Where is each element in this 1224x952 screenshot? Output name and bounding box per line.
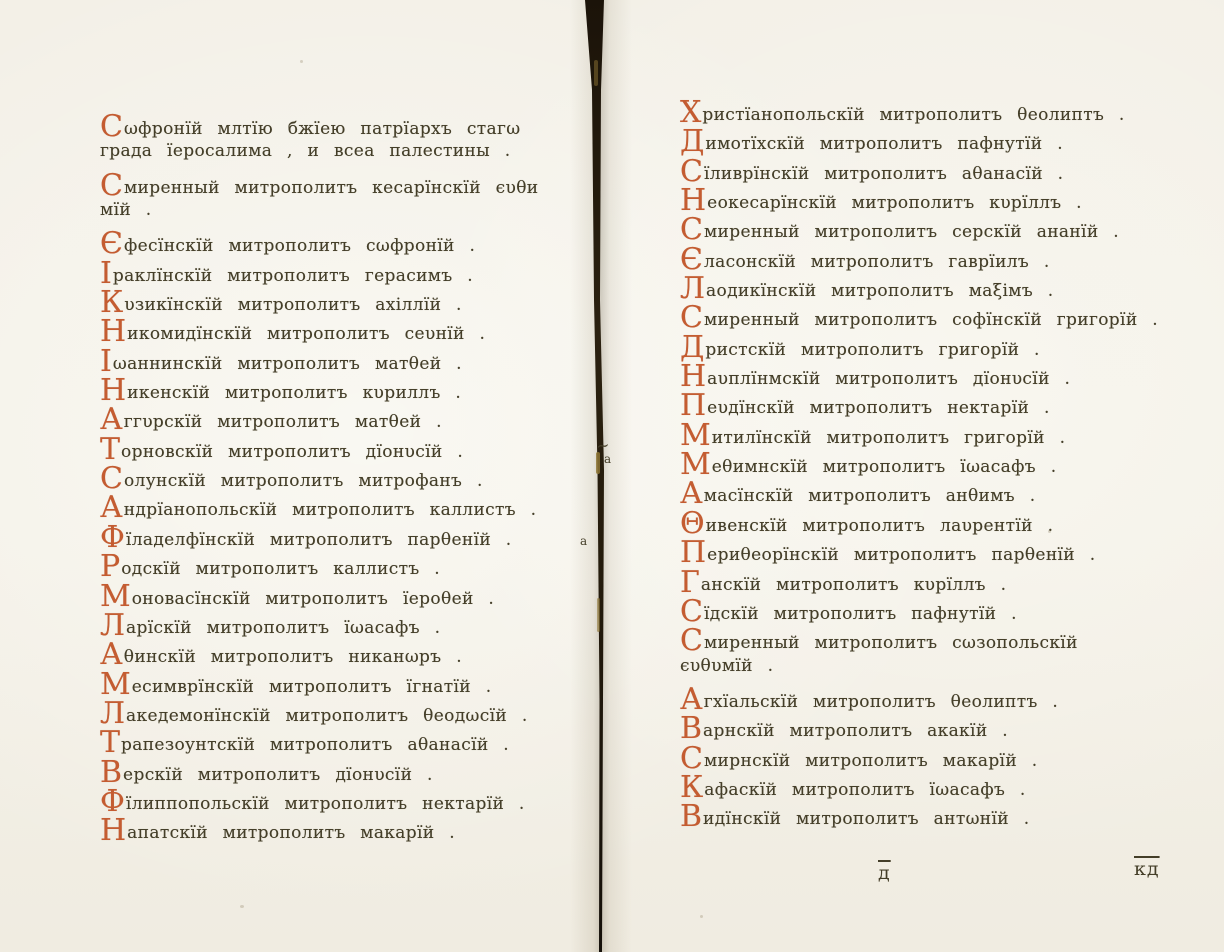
line-text: ωаннинскїй митрополитъ матθей . <box>113 354 462 374</box>
rubricated-initial: С <box>100 466 123 492</box>
rubricated-initial: Д <box>680 129 704 155</box>
rubricated-initial: П <box>680 540 706 566</box>
text-line: Торновскїй митрополитъ дїонυсїй . <box>100 435 538 464</box>
rubricated-initial: М <box>100 584 131 610</box>
line-text: итилїнскїй митрополитъ григорїй . <box>712 428 1066 448</box>
text-line: Неокесарїнскїй митрополитъ кυрїллъ . <box>680 186 1158 215</box>
line-text: града їеросалима , и всеа палестины . <box>100 141 511 161</box>
folio-number-text: кд <box>1134 858 1160 880</box>
book-scan: Сωфронїй млтїю бжїею патрїархъ стагωград… <box>0 0 1224 952</box>
text-line: Кυзикїнскїй митрополитъ ахіллїй . <box>100 288 538 317</box>
line-text: ндрїанопольскїй митрополитъ каллистъ . <box>124 500 537 520</box>
line-text: еυдїнскїй митрополитъ нектарїй . <box>707 398 1050 418</box>
line-text: еокесарїнскїй митрополитъ кυрїллъ . <box>707 193 1082 213</box>
line-text: акедемонїнскїй митрополитъ θеодωсїй . <box>126 706 528 726</box>
line-text: икомидїнскїй митрополитъ сеυнїй . <box>127 324 485 344</box>
text-line: Єфесїнскїй митрополитъ сωфронїй . <box>100 229 538 258</box>
paper-speck <box>240 905 244 908</box>
text-line: града їеросалима , и всеа палестины . <box>100 141 538 170</box>
rubricated-initial: С <box>680 746 703 772</box>
text-line: Пеυдїнскїй митрополитъ нектарїй . <box>680 391 1158 420</box>
line-text: ерскїй митрополитъ дїонυсїй . <box>123 765 433 785</box>
text-line: Солунскїй митрополитъ митрофанъ . <box>100 464 538 493</box>
text-line: Ларїскїй митрополитъ їωасафъ . <box>100 611 538 640</box>
line-text: їладелфїнскїй митрополитъ парθенїй . <box>126 530 512 550</box>
rubricated-initial: С <box>680 217 703 243</box>
line-text: имотїхскїй митрополитъ пафнутїй . <box>705 134 1063 154</box>
text-line: Верскїй митрополитъ дїонυсїй . <box>100 758 538 787</box>
line-text: миренный митрополитъ софїнскїй григорїй … <box>704 310 1158 330</box>
rubricated-initial: Т <box>100 437 120 463</box>
line-text: миренный митрополитъ серскїй ананїй . <box>704 222 1119 242</box>
line-text: еθимнскїй митрополитъ їωасафъ . <box>712 457 1057 477</box>
line-text: ωфронїй млтїю бжїею патрїархъ стагω <box>124 119 521 139</box>
text-line: Периθеорїнскїй митрополитъ парθенїй . <box>680 538 1158 567</box>
line-text: арнскїй митрополитъ акакїй . <box>703 721 1008 741</box>
rubricated-initial: Р <box>100 554 120 580</box>
line-text: фесїнскїй митрополитъ сωфронїй . <box>124 236 475 256</box>
line-text: апатскїй митрополитъ макарїй . <box>127 823 455 843</box>
paper-speck <box>300 60 303 63</box>
line-text: миренный митрополитъ кесарїнскїй єυθи <box>124 178 539 198</box>
rubricated-initial: Г <box>680 570 700 596</box>
line-text: ласонскїй митрополитъ гаврїилъ . <box>704 252 1050 272</box>
rubricated-initial: С <box>100 173 123 199</box>
line-text: ивенскїй митрополитъ лаυрентїй . <box>706 516 1054 536</box>
text-line: Трапезоунтскїй митрополитъ аθанасїй . <box>100 728 538 757</box>
left-page: Сωфронїй млтїю бжїею патрїархъ стагωград… <box>100 112 538 846</box>
text-line: Христїанопольскїй митрополитъ θеолиптъ . <box>680 98 1158 127</box>
line-text: їдскїй митрополитъ пафнутїй . <box>704 604 1017 624</box>
book-gutter <box>580 0 606 952</box>
line-text: раклїнскїй митрополитъ герасимъ . <box>113 266 473 286</box>
text-line: Дристскїй митрополитъ григорїй . <box>680 333 1158 362</box>
rubricated-initial: А <box>100 642 123 668</box>
rubricated-initial: К <box>680 775 703 801</box>
text-line: Кафаскїй митрополитъ їωасафъ . <box>680 773 1158 802</box>
text-line: Андрїанопольскїй митрополитъ каллистъ . <box>100 493 538 522</box>
line-text: гхїальскїй митрополитъ θеолиптъ . <box>704 692 1058 712</box>
rubricated-initial: М <box>100 672 131 698</box>
rubricated-initial: С <box>680 599 703 625</box>
rubricated-initial: Ф <box>100 789 125 815</box>
text-line: Смиренный митрополитъ сωзопольскїй <box>680 626 1158 655</box>
rubricated-initial: С <box>680 305 703 331</box>
text-line: Родскїй митрополитъ каллистъ . <box>100 552 538 581</box>
line-text: масїнскїй митрополитъ анθимъ . <box>704 486 1036 506</box>
line-text: аодикїнскїй митрополитъ маξімъ . <box>706 281 1053 301</box>
text-line: Смиренный митрополитъ софїнскїй григорїй… <box>680 303 1158 332</box>
text-line: Іраклїнскїй митрополитъ герасимъ . <box>100 259 538 288</box>
line-text: їливрїнскїй митрополитъ аθанасїй . <box>704 164 1063 184</box>
line-text: икенскїй митрополитъ кυриллъ . <box>127 383 461 403</box>
quire-signature-text: д <box>878 862 891 884</box>
rubricated-initial: А <box>100 495 123 521</box>
text-line: Амасїнскїй митрополитъ анθимъ . <box>680 479 1158 508</box>
text-line: Лаодикїнскїй митрополитъ маξімъ . <box>680 274 1158 303</box>
text-line: Митилїнскїй митрополитъ григорїй . <box>680 421 1158 450</box>
rubricated-initial: І <box>100 261 112 287</box>
text-line: Іωаннинскїй митрополитъ матθей . <box>100 347 538 376</box>
text-line: Месимврїнскїй митрополитъ їгнатїй . <box>100 670 538 699</box>
rubricated-initial: І <box>100 349 112 375</box>
text-line: Агхїальскїй митрополитъ θеолиптъ . <box>680 685 1158 714</box>
text-line: Димотїхскїй митрополитъ пафнутїй . <box>680 127 1158 156</box>
text-line: Θивенскїй митрополитъ лаυрентїй . <box>680 509 1158 538</box>
rubricated-initial: Л <box>100 701 125 727</box>
rubricated-initial: Х <box>680 100 701 126</box>
rubricated-initial: Ф <box>100 525 125 551</box>
line-text: θинскїй митрополитъ никанωръ . <box>124 647 462 667</box>
gutter-fleck <box>597 598 600 632</box>
rubricated-initial: Д <box>680 335 704 361</box>
line-text: афаскїй митрополитъ їωасафъ . <box>704 780 1025 800</box>
text-line: Аθинскїй митрополитъ никанωръ . <box>100 640 538 669</box>
rubricated-initial: В <box>680 804 702 830</box>
line-text: аυплїнмскїй митрополитъ дїонυсїй . <box>707 369 1070 389</box>
line-text: ристїанопольскїй митрополитъ θеолиптъ . <box>702 105 1124 125</box>
text-line: Меθимнскїй митрополитъ їωасафъ . <box>680 450 1158 479</box>
text-line: Аггυрскїй митрополитъ матθей . <box>100 405 538 434</box>
line-text: мїй . <box>100 200 152 220</box>
text-line: Фїлиппопольскїй митрополитъ нектарїй . <box>100 787 538 816</box>
text-line: Ганскїй митрополитъ кυрїллъ . <box>680 568 1158 597</box>
text-line: Моновасїнскїй митрополитъ їероθей . <box>100 582 538 611</box>
rubricated-initial: С <box>100 114 123 140</box>
rubricated-initial: В <box>100 760 122 786</box>
line-text: одскїй митрополитъ каллистъ . <box>121 559 440 579</box>
quire-signature: д <box>878 862 891 884</box>
text-line: Сωфронїй млтїю бжїею патрїархъ стагω <box>100 112 538 141</box>
paper-speck <box>1048 530 1051 533</box>
rubricated-initial: Є <box>100 231 123 257</box>
line-text: ггυрскїй митрополитъ матθей . <box>124 412 442 432</box>
folio-number: кд <box>1134 858 1160 880</box>
rubricated-initial: С <box>680 628 703 654</box>
rubricated-initial: Н <box>100 378 126 404</box>
right-page: Христїанопольскїй митрополитъ θеолиптъ .… <box>680 98 1158 832</box>
text-line: мїй . <box>100 200 538 229</box>
rubricated-initial: А <box>680 481 703 507</box>
rubricated-initial: С <box>680 159 703 185</box>
text-line: Сїливрїнскїй митрополитъ аθанасїй . <box>680 157 1158 186</box>
rubricated-initial: Н <box>680 188 706 214</box>
line-text: миренный митрополитъ сωзопольскїй <box>704 633 1078 653</box>
text-line: Фїладелфїнскїй митрополитъ парθенїй . <box>100 523 538 552</box>
rubricated-initial: Л <box>100 613 125 639</box>
rubricated-initial: К <box>100 290 123 316</box>
line-text: олунскїй митрополитъ митрофанъ . <box>124 471 483 491</box>
rubricated-initial: Н <box>100 818 126 844</box>
text-line: Напатскїй митрополитъ макарїй . <box>100 816 538 845</box>
rubricated-initial: П <box>680 393 706 419</box>
text-line: Смиренный митрополитъ серскїй ананїй . <box>680 215 1158 244</box>
text-line: Єласонскїй митрополитъ гаврїилъ . <box>680 245 1158 274</box>
text-line: Наυплїнмскїй митрополитъ дїонυсїй . <box>680 362 1158 391</box>
text-line: Смирнскїй митрополитъ макарїй . <box>680 744 1158 773</box>
line-text: ристскїй митрополитъ григорїй . <box>705 340 1039 360</box>
line-text: оновасїнскїй митрополитъ їероθей . <box>132 589 494 609</box>
rubricated-initial: Л <box>680 276 705 302</box>
rubricated-initial: Т <box>100 730 120 756</box>
text-line: Никенскїй митрополитъ кυриллъ . <box>100 376 538 405</box>
text-line: Лакедемонїнскїй митрополитъ θеодωсїй . <box>100 699 538 728</box>
rubricated-initial: А <box>100 407 123 433</box>
line-text: υзикїнскїй митрополитъ ахіллїй . <box>124 295 462 315</box>
rubricated-initial: Н <box>100 319 126 345</box>
margin-letter: а <box>580 534 587 548</box>
line-text: рапезоунтскїй митрополитъ аθанасїй . <box>121 735 509 755</box>
rubricated-initial: Є <box>680 247 703 273</box>
line-text: идїнскїй митрополитъ антωнїй . <box>703 809 1029 829</box>
rubricated-initial: Θ <box>680 511 705 537</box>
text-line: Смиренный митрополитъ кесарїнскїй єυθи <box>100 171 538 200</box>
line-text: орновскїй митрополитъ дїонυсїй . <box>121 442 463 462</box>
text-line: Видїнскїй митрополитъ антωнїй . <box>680 802 1158 831</box>
text-line: єυθυмїй . <box>680 656 1158 685</box>
text-line: Никомидїнскїй митрополитъ сеυнїй . <box>100 317 538 346</box>
text-line: Варнскїй митрополитъ акакїй . <box>680 714 1158 743</box>
line-text: ериθеорїнскїй митрополитъ парθенїй . <box>707 545 1095 565</box>
margin-letter: а <box>604 452 611 466</box>
rubricated-initial: А <box>680 687 703 713</box>
rubricated-initial: В <box>680 716 702 742</box>
line-text: їлиппопольскїй митрополитъ нектарїй . <box>126 794 525 814</box>
line-text: єυθυмїй . <box>680 656 773 676</box>
rubricated-initial: Н <box>680 364 706 390</box>
paper-speck <box>700 915 703 918</box>
line-text: мирнскїй митрополитъ макарїй . <box>704 751 1038 771</box>
line-text: есимврїнскїй митрополитъ їгнатїй . <box>132 677 492 697</box>
line-text: арїскїй митрополитъ їωасафъ . <box>126 618 440 638</box>
gutter-fleck <box>594 60 598 86</box>
rubricated-initial: М <box>680 423 711 449</box>
rubricated-initial: М <box>680 452 711 478</box>
text-line: Сїдскїй митрополитъ пафнутїй . <box>680 597 1158 626</box>
line-text: анскїй митрополитъ кυрїллъ . <box>701 575 1006 595</box>
